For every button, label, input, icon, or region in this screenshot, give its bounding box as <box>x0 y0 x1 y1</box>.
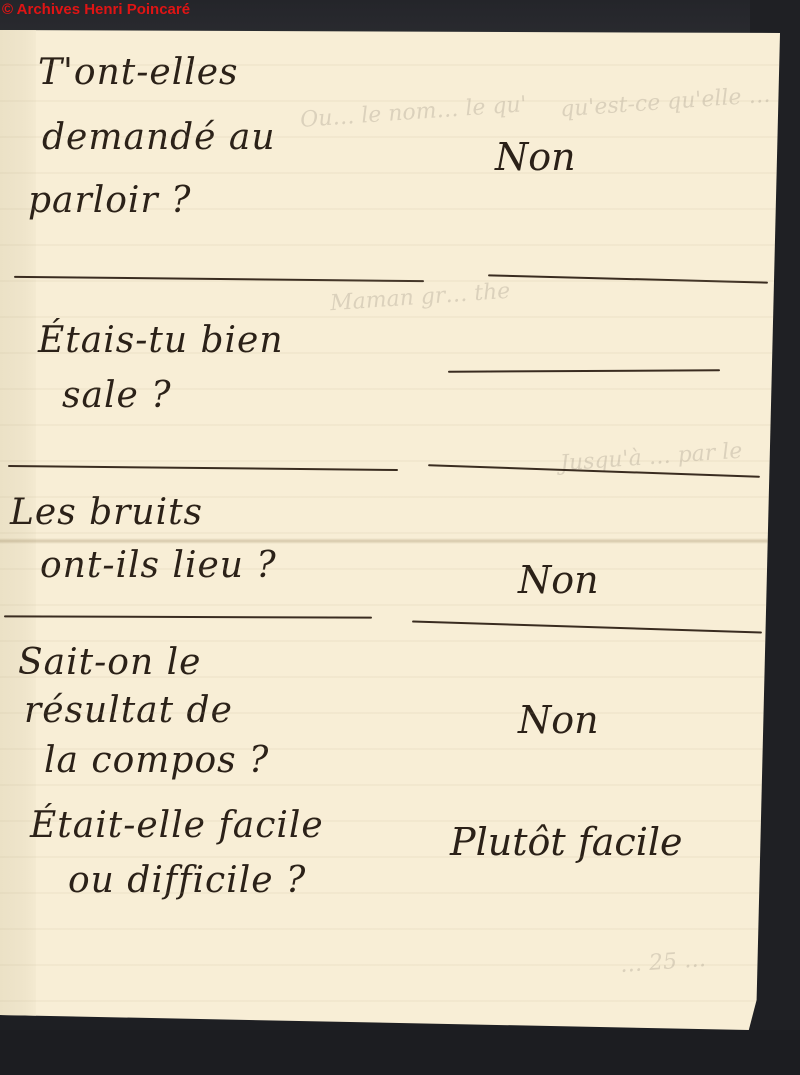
bleed-through-text: Maman gr… the <box>329 279 511 317</box>
question-line: T'ont-elles <box>38 52 239 93</box>
row-divider <box>412 621 762 634</box>
answer-dash <box>448 369 720 372</box>
question-line: résultat de <box>24 690 233 731</box>
answer-text: Non <box>495 135 576 179</box>
answer-text: Plutôt facile <box>450 820 683 864</box>
paper-fold-crease <box>0 538 780 544</box>
row-divider <box>488 274 768 283</box>
copyright-watermark: © Archives Henri Poincaré <box>2 1 190 18</box>
manuscript-page: Ou… le nom… le qu' qu'est-ce qu'elle … M… <box>0 30 780 1030</box>
question-line: Était-elle facile <box>30 805 324 846</box>
question-line: la compos ? <box>44 740 269 781</box>
question-line: ou difficile ? <box>68 860 306 901</box>
bleed-through-text: … 25 … <box>619 947 707 978</box>
question-line: Sait-on le <box>18 642 201 683</box>
question-line: sale ? <box>62 375 172 416</box>
question-line: demandé au <box>42 117 276 158</box>
row-divider <box>8 465 398 471</box>
scan-backdrop-bottom <box>0 1030 800 1075</box>
bleed-through-text: Ou… le nom… le qu' <box>299 92 527 133</box>
question-line: ont-ils lieu ? <box>40 545 277 586</box>
row-divider <box>4 615 372 618</box>
bleed-through-text: qu'est-ce qu'elle … <box>559 83 771 123</box>
question-line: parloir ? <box>28 180 191 221</box>
answer-text: Non <box>518 698 599 742</box>
question-line: Étais-tu bien <box>38 320 284 361</box>
answer-text: Non <box>518 558 599 602</box>
question-line: Les bruits <box>10 492 203 533</box>
row-divider <box>14 276 424 282</box>
